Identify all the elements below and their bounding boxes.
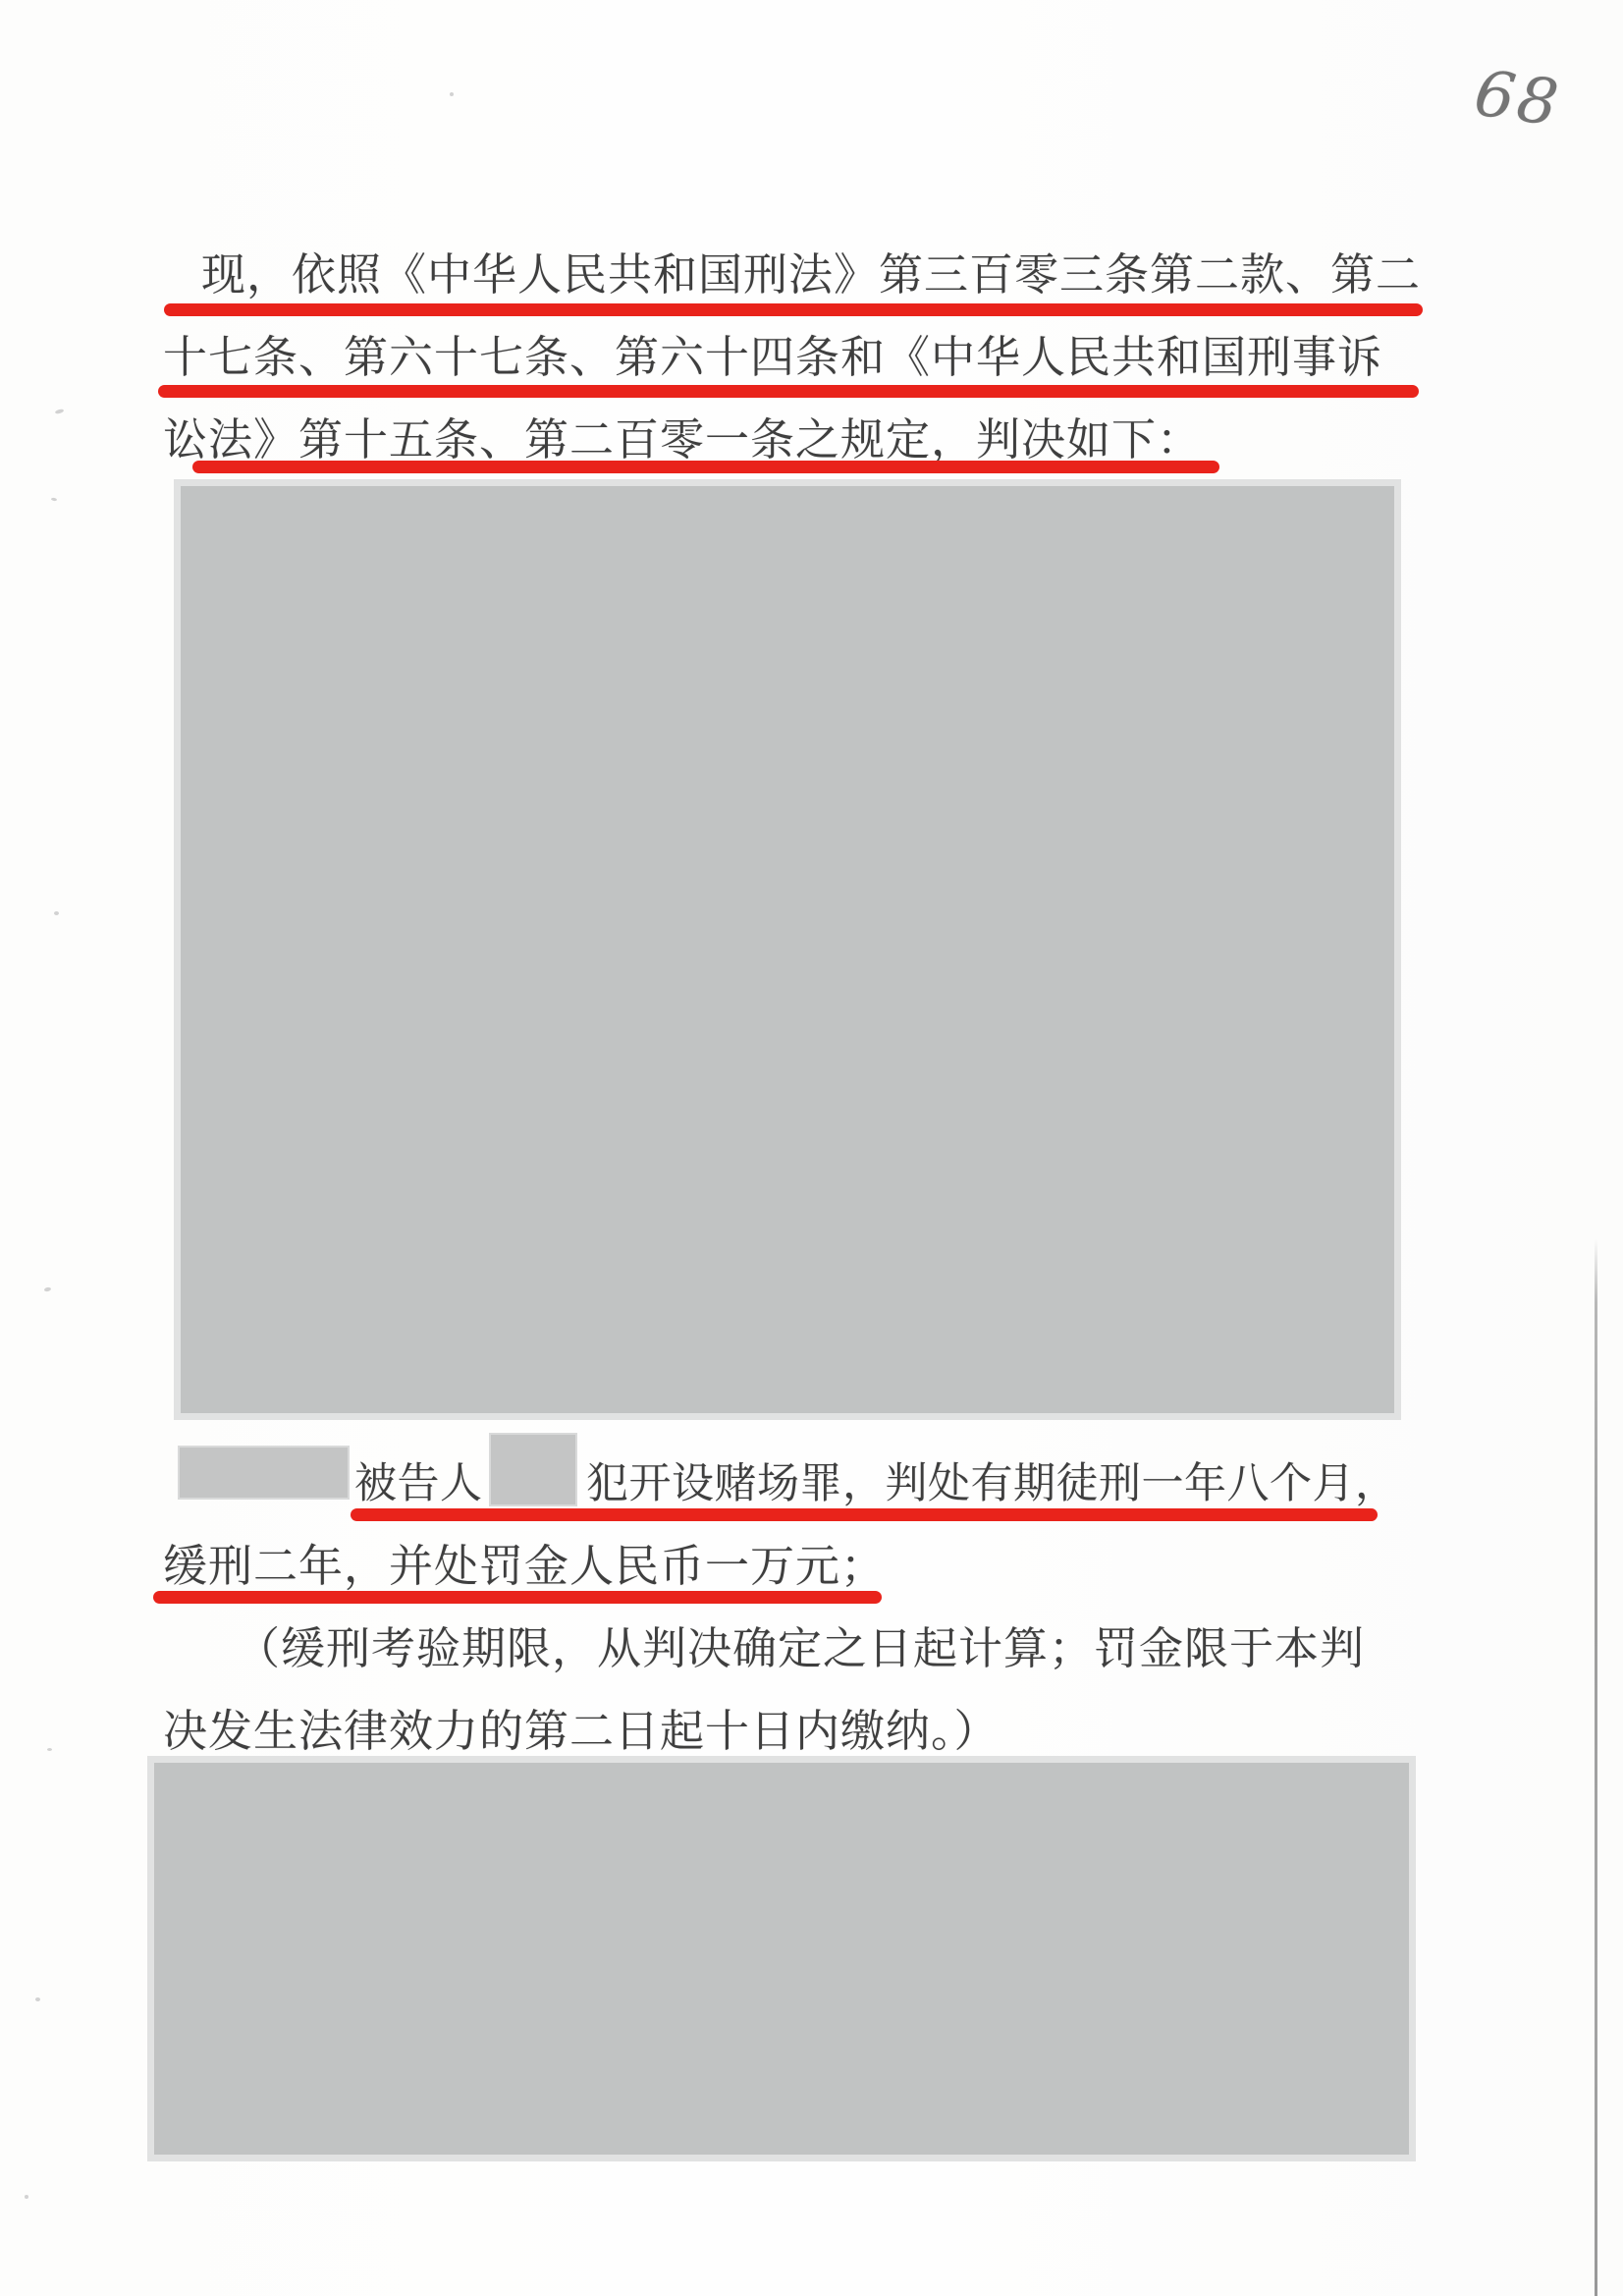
red-underline-1 xyxy=(164,303,1423,316)
citation-line-2: 十七条、第六十七条、第六十四条和《中华人民共和国刑事诉 xyxy=(163,321,1382,385)
scan-speck xyxy=(450,92,454,96)
scan-speck xyxy=(35,1997,40,2001)
citation-line-1: 现，依照《中华人民共和国刑法》第三百零三条第二款、第二 xyxy=(201,239,1421,302)
red-underline-5 xyxy=(153,1591,882,1604)
scan-speck xyxy=(51,498,57,502)
red-underline-4 xyxy=(351,1508,1378,1521)
redaction-inline-a xyxy=(178,1446,350,1500)
scan-page-edge-line xyxy=(1595,1239,1597,2296)
redaction-block-bottom xyxy=(147,1756,1416,2161)
verdict-line: 犯开设赌场罪，判处有期徒刑一年八个月， xyxy=(586,1450,1398,1510)
scan-speck xyxy=(44,1286,52,1291)
redaction-block-top xyxy=(174,479,1401,1420)
scan-speck xyxy=(55,409,65,414)
note-line-2: 决发生法律效力的第二日起十日内缴纳。） xyxy=(163,1695,1000,1759)
scan-speck xyxy=(25,2195,28,2199)
citation-line-3: 讼法》第十五条、第二百零一条之规定，判决如下： xyxy=(163,404,1202,467)
scan-speck xyxy=(54,911,59,915)
handwritten-page-number: 68 xyxy=(1470,57,1565,140)
scanned-document-page: 68 现，依照《中华人民共和国刑法》第三百零三条第二款、第二 十七条、第六十七条… xyxy=(0,0,1623,2296)
redaction-inline-b xyxy=(489,1433,577,1506)
red-underline-2 xyxy=(158,385,1419,398)
sentence-line: 缓刑二年，并处罚金人民币一万元； xyxy=(163,1530,886,1594)
defendant-label: 被告人 xyxy=(354,1450,483,1510)
red-underline-3 xyxy=(192,461,1219,473)
note-line-1: （缓刑考验期限，从判决确定之日起计算；罚金限于本判 xyxy=(236,1613,1365,1676)
scan-speck xyxy=(47,1748,52,1751)
